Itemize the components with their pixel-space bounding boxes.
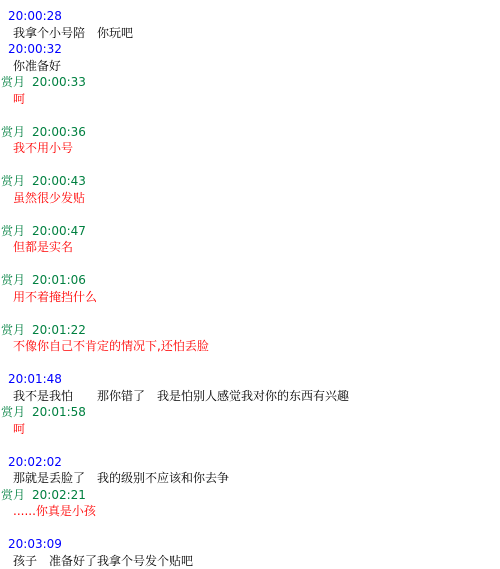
message-group: 赏月20:00:43虽然很少发贴: [0, 173, 500, 206]
message-header: 赏月20:00:36: [0, 124, 500, 141]
message-group: 20:00:28我拿个小号陪 你玩吧20:00:32你准备好赏月20:00:33…: [0, 8, 500, 107]
timestamp: 20:00:43: [32, 174, 86, 188]
message-group: 20:01:48我不是我怕 那你错了 我是怕别人感觉我对你的东西有兴趣赏月20:…: [0, 371, 500, 437]
message-header: 赏月20:01:58: [0, 404, 500, 421]
message-text: 用不着掩挡什么: [0, 289, 500, 306]
message-group: 赏月20:01:06用不着掩挡什么: [0, 272, 500, 305]
message-header: 赏月20:00:33: [0, 74, 500, 91]
timestamp: 20:01:22: [32, 323, 86, 337]
message-text: 那就是丢脸了 我的级别不应该和你去争: [0, 470, 500, 487]
message-text: 呵: [0, 91, 500, 108]
message-text: ......你真是小孩: [0, 503, 500, 520]
timestamp: 20:00:28: [8, 9, 62, 23]
sender-name: 赏月: [1, 323, 25, 337]
message-text: 呵: [0, 421, 500, 438]
sender-name: 赏月: [1, 224, 25, 238]
timestamp: 20:01:06: [32, 273, 86, 287]
chat-log: 20:00:28我拿个小号陪 你玩吧20:00:32你准备好赏月20:00:33…: [0, 8, 500, 569]
message-header: 赏月20:01:06: [0, 272, 500, 289]
message-header: 赏月20:00:43: [0, 173, 500, 190]
timestamp: 20:00:33: [32, 75, 86, 89]
message-text: 我不是我怕 那你错了 我是怕别人感觉我对你的东西有兴趣: [0, 388, 500, 405]
timestamp: 20:01:48: [8, 372, 62, 386]
message-text: 虽然很少发贴: [0, 190, 500, 207]
message-group: 赏月20:00:47但都是实名: [0, 223, 500, 256]
message-header: 20:00:28: [0, 8, 500, 25]
message-group: 20:02:02那就是丢脸了 我的级别不应该和你去争赏月20:02:21....…: [0, 454, 500, 520]
message-header: 20:01:48: [0, 371, 500, 388]
message-group: 赏月20:00:36我不用小号: [0, 124, 500, 157]
timestamp: 20:02:21: [32, 488, 86, 502]
message-text: 不像你自己不肯定的情况下,还怕丢脸: [0, 338, 500, 355]
timestamp: 20:02:02: [8, 455, 62, 469]
message-header: 赏月20:00:47: [0, 223, 500, 240]
message-text: 但都是实名: [0, 239, 500, 256]
message-header: 20:00:32: [0, 41, 500, 58]
sender-name: 赏月: [1, 174, 25, 188]
message-header: 赏月20:02:21: [0, 487, 500, 504]
timestamp: 20:03:09: [8, 537, 62, 551]
sender-name: 赏月: [1, 75, 25, 89]
message-header: 20:02:02: [0, 454, 500, 471]
message-text: 你准备好: [0, 58, 500, 75]
message-header: 赏月20:01:22: [0, 322, 500, 339]
timestamp: 20:00:36: [32, 125, 86, 139]
message-text: 我拿个小号陪 你玩吧: [0, 25, 500, 42]
message-group: 赏月20:01:22不像你自己不肯定的情况下,还怕丢脸: [0, 322, 500, 355]
message-text: 孩子 准备好了我拿个号发个贴吧: [0, 553, 500, 569]
timestamp: 20:00:32: [8, 42, 62, 56]
message-text: 我不用小号: [0, 140, 500, 157]
sender-name: 赏月: [1, 273, 25, 287]
message-header: 20:03:09: [0, 536, 500, 553]
message-group: 20:03:09孩子 准备好了我拿个号发个贴吧: [0, 536, 500, 569]
sender-name: 赏月: [1, 488, 25, 502]
timestamp: 20:01:58: [32, 405, 86, 419]
timestamp: 20:00:47: [32, 224, 86, 238]
sender-name: 赏月: [1, 125, 25, 139]
sender-name: 赏月: [1, 405, 25, 419]
